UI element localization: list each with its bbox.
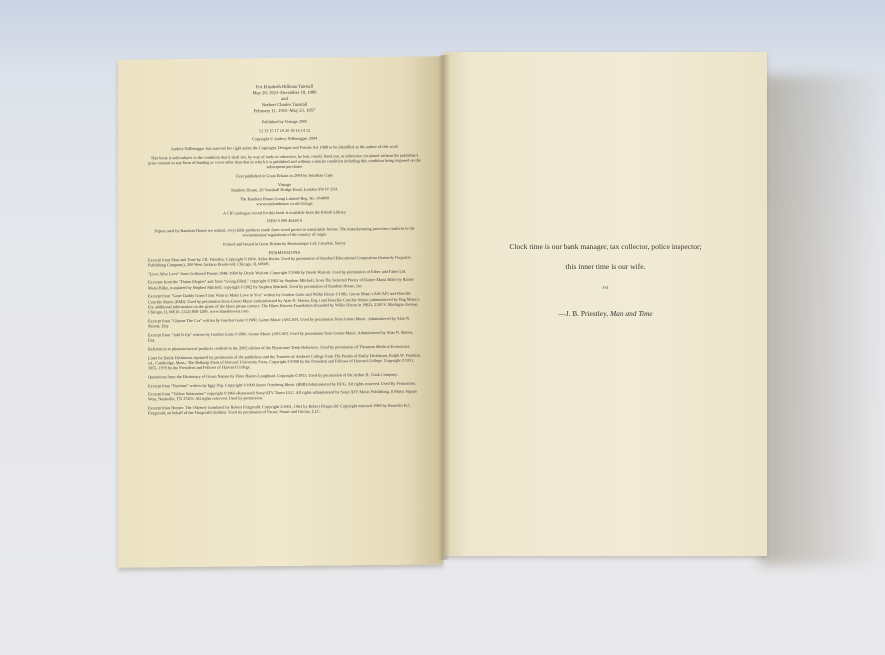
left-page-copyright: For Elizabeth Hillman Tunstall May 20, 1… [118,56,443,567]
permission-entry: Quotations from the Dictionary of Given … [148,371,421,379]
attribution-title: Man and Time [610,309,653,318]
copyright-text-block: For Elizabeth Hillman Tunstall May 20, 1… [148,83,421,420]
book-shadow [760,75,885,565]
right-page-epigraph: Clock time is our bank manager, tax coll… [444,52,767,556]
printed-bound: Printed and bound in Great Britain by Bo… [148,240,421,248]
paper-note: Papers used by Random House are natural,… [148,226,421,239]
permission-entry: Lines by Emily Dickinson reprinted by pe… [148,352,421,371]
first-published: First published in Great Britain in 2004… [148,172,421,180]
permission-entry: References to pharmaceutical products cr… [148,343,421,351]
dedication: For Elizabeth Hillman Tunstall May 20, 1… [148,83,421,116]
permission-entry: Excerpt from "Yellow Submarine" copyrigh… [148,389,421,402]
permission-entry: Excerpt from "Gimme The Car" written by … [148,315,421,328]
ornament-icon: ∾ [444,283,767,292]
permission-entry: Excerpt from "Gone Daddy Gone/I Just Wan… [148,291,421,315]
permission-entry: Excerpt from Man and Time by J.B. Priest… [148,254,421,267]
isbn: ISBN 0 099 46440 0 [148,217,421,225]
permission-entry: "Love After Love" from Collected Poems 1… [148,268,421,276]
quote-line-1: Clock time is our bank manager, tax coll… [444,242,767,251]
published-by: Published by Vintage 2005 [148,118,421,126]
sale-condition: This book is sold subject to the conditi… [148,152,421,171]
rights-assertion: Audrey Niffenegger has asserted her righ… [148,144,421,152]
book-gutter [438,55,450,560]
cip-record: A CIP catalogue record for this book is … [148,208,421,216]
permission-entry: Excerpt from Homer: The Odyssey translat… [148,403,421,416]
printing-line: 12 13 15 17 19 20 18 16 14 12 [148,126,421,134]
permission-entry: Excerpt from "Add It Up" written by Gord… [148,329,421,342]
attribution-author: —J. B. Priestley, [558,309,610,318]
permission-entry: Excerpts from the "Duino Elegies" and fr… [148,277,421,290]
attribution: —J. B. Priestley, Man and Time [444,309,767,318]
quote-line-2: this inner time is our wife. [444,262,767,271]
copyright-line: Copyright © Audrey Niffenegger 2004 [148,135,421,143]
permission-entry: Excerpt from "Funtime" written by Iggy P… [148,380,421,388]
